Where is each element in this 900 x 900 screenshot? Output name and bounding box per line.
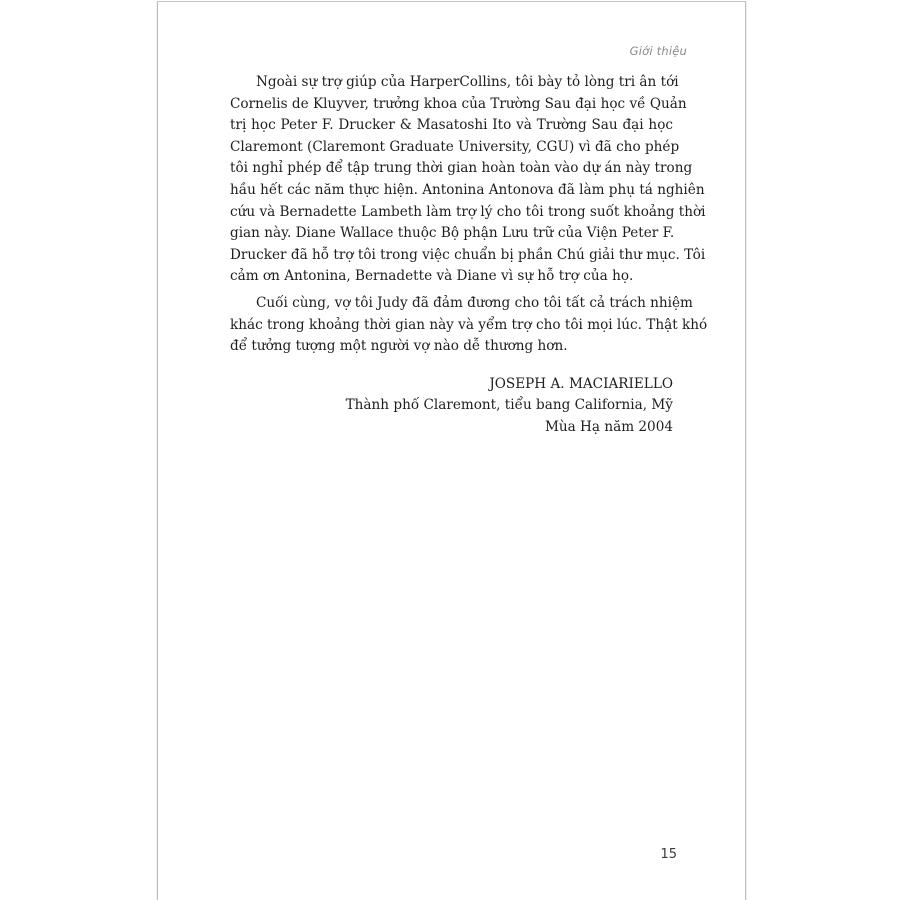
text-line: Ngoài sự trợ giúp của HarperCollins, tôi… <box>230 72 673 94</box>
text-line: để tưởng tượng một người vợ nào dễ thươn… <box>230 336 673 358</box>
text-line: cảm ơn Antonina, Bernadette và Diane vì … <box>230 266 673 288</box>
body-text: Ngoài sự trợ giúp của HarperCollins, tôi… <box>230 72 673 439</box>
text-line: cứu và Bernadette Lambeth làm trợ lý cho… <box>230 202 673 224</box>
text-line: trị học Peter F. Drucker & Masatoshi Ito… <box>230 115 673 137</box>
running-head: Giới thiệu <box>630 44 687 58</box>
text-line: Cuối cùng, vợ tôi Judy đã đảm đương cho … <box>230 293 673 315</box>
text-line: khác trong khoảng thời gian này và yểm t… <box>230 315 673 337</box>
author-location: Thành phố Claremont, tiểu bang Californi… <box>230 395 673 417</box>
text-line: Cornelis de Kluyver, trưởng khoa của Trư… <box>230 94 673 116</box>
paragraph-acknowledgements: Ngoài sự trợ giúp của HarperCollins, tôi… <box>230 72 673 288</box>
page-number: 15 <box>660 847 677 862</box>
text-line: hầu hết các năm thực hiện. Antonina Anto… <box>230 180 673 202</box>
signature-date: Mùa Hạ năm 2004 <box>230 417 673 439</box>
paragraph-closing: Cuối cùng, vợ tôi Judy đã đảm đương cho … <box>230 293 673 358</box>
text-line: tôi nghỉ phép để tập trung thời gian hoà… <box>230 158 673 180</box>
text-line: gian này. Diane Wallace thuộc Bộ phận Lư… <box>230 223 673 245</box>
text-line: Drucker đã hỗ trợ tôi trong việc chuẩn b… <box>230 245 673 267</box>
signature-block: JOSEPH A. MACIARIELLO Thành phố Claremon… <box>230 374 673 439</box>
text-line: Claremont (Claremont Graduate University… <box>230 137 673 159</box>
book-page: Giới thiệu Ngoài sự trợ giúp của HarperC… <box>157 1 746 900</box>
author-name: JOSEPH A. MACIARIELLO <box>230 374 673 396</box>
